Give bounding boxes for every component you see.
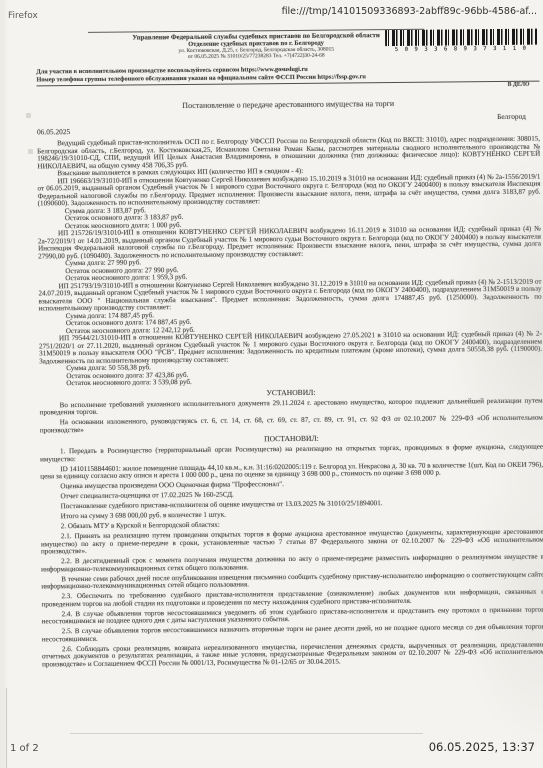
barcode-digits: 5 0 9 3 3 6 8 9 3 7 3 1 1 0 bbox=[385, 46, 537, 53]
doc-paragraph-ip4: ИП 79544/21/31010-ИП в отношении КОВТУНЕ… bbox=[39, 331, 542, 366]
browser-app-label: Firefox bbox=[8, 11, 38, 21]
document-title: Постановление о передаче арестованного и… bbox=[37, 98, 540, 112]
scan-artifact bbox=[26, 113, 31, 118]
scanned-document: Управление Федеральной службы судебных п… bbox=[36, 28, 543, 669]
doc-paragraph-intro: Ведущий судебный пристав-исполнитель ОСП… bbox=[37, 136, 540, 171]
letterhead-org-block: Управление Федеральной службы судебных п… bbox=[88, 29, 424, 62]
doc-paragraph-ip2: ИП 215726/19/31010-ИП в отношении КОВТУН… bbox=[38, 226, 541, 261]
barcode-bars bbox=[385, 29, 537, 46]
scan-edge bbox=[70, 733, 423, 734]
print-footer: 1 of 2 06.05.2025, 13:37 bbox=[10, 740, 535, 754]
page-number: 1 of 2 bbox=[10, 743, 39, 754]
print-header: Firefox file:///tmp/14101509336893-2abff… bbox=[8, 6, 537, 21]
document-body: Ведущий судебный пристав-исполнитель ОСП… bbox=[37, 136, 543, 669]
doc-paragraph-item2-6: 2.6. Соблюдать сроки реализации, возврат… bbox=[42, 641, 543, 668]
scan-edge bbox=[6, 688, 7, 768]
doc-paragraph: На основании изложенного, руководствуясь… bbox=[40, 415, 543, 435]
doc-paragraph-item2-1: 2.1. Принять на реализацию путем проведе… bbox=[41, 529, 543, 556]
barcode: 5 0 9 3 3 6 8 9 3 7 3 1 1 0 bbox=[385, 29, 537, 53]
doc-paragraph-ip3: ИП 251793/19/31010-ИП в отношении Ковтун… bbox=[38, 278, 541, 313]
doc-paragraph-property: ID 14101158844601: жилое помещение площа… bbox=[40, 461, 543, 481]
doc-paragraph-ip1: ИП 196663/19/31010-ИП в отношении Ковтун… bbox=[37, 173, 540, 208]
scan-artifact bbox=[28, 149, 33, 154]
document-url: file:///tmp/14101509336893-2abff89c-96bb… bbox=[282, 6, 537, 17]
letterhead: Управление Федеральной службы судебных п… bbox=[36, 28, 539, 69]
print-datetime: 06.05.2025, 13:37 bbox=[429, 740, 535, 754]
